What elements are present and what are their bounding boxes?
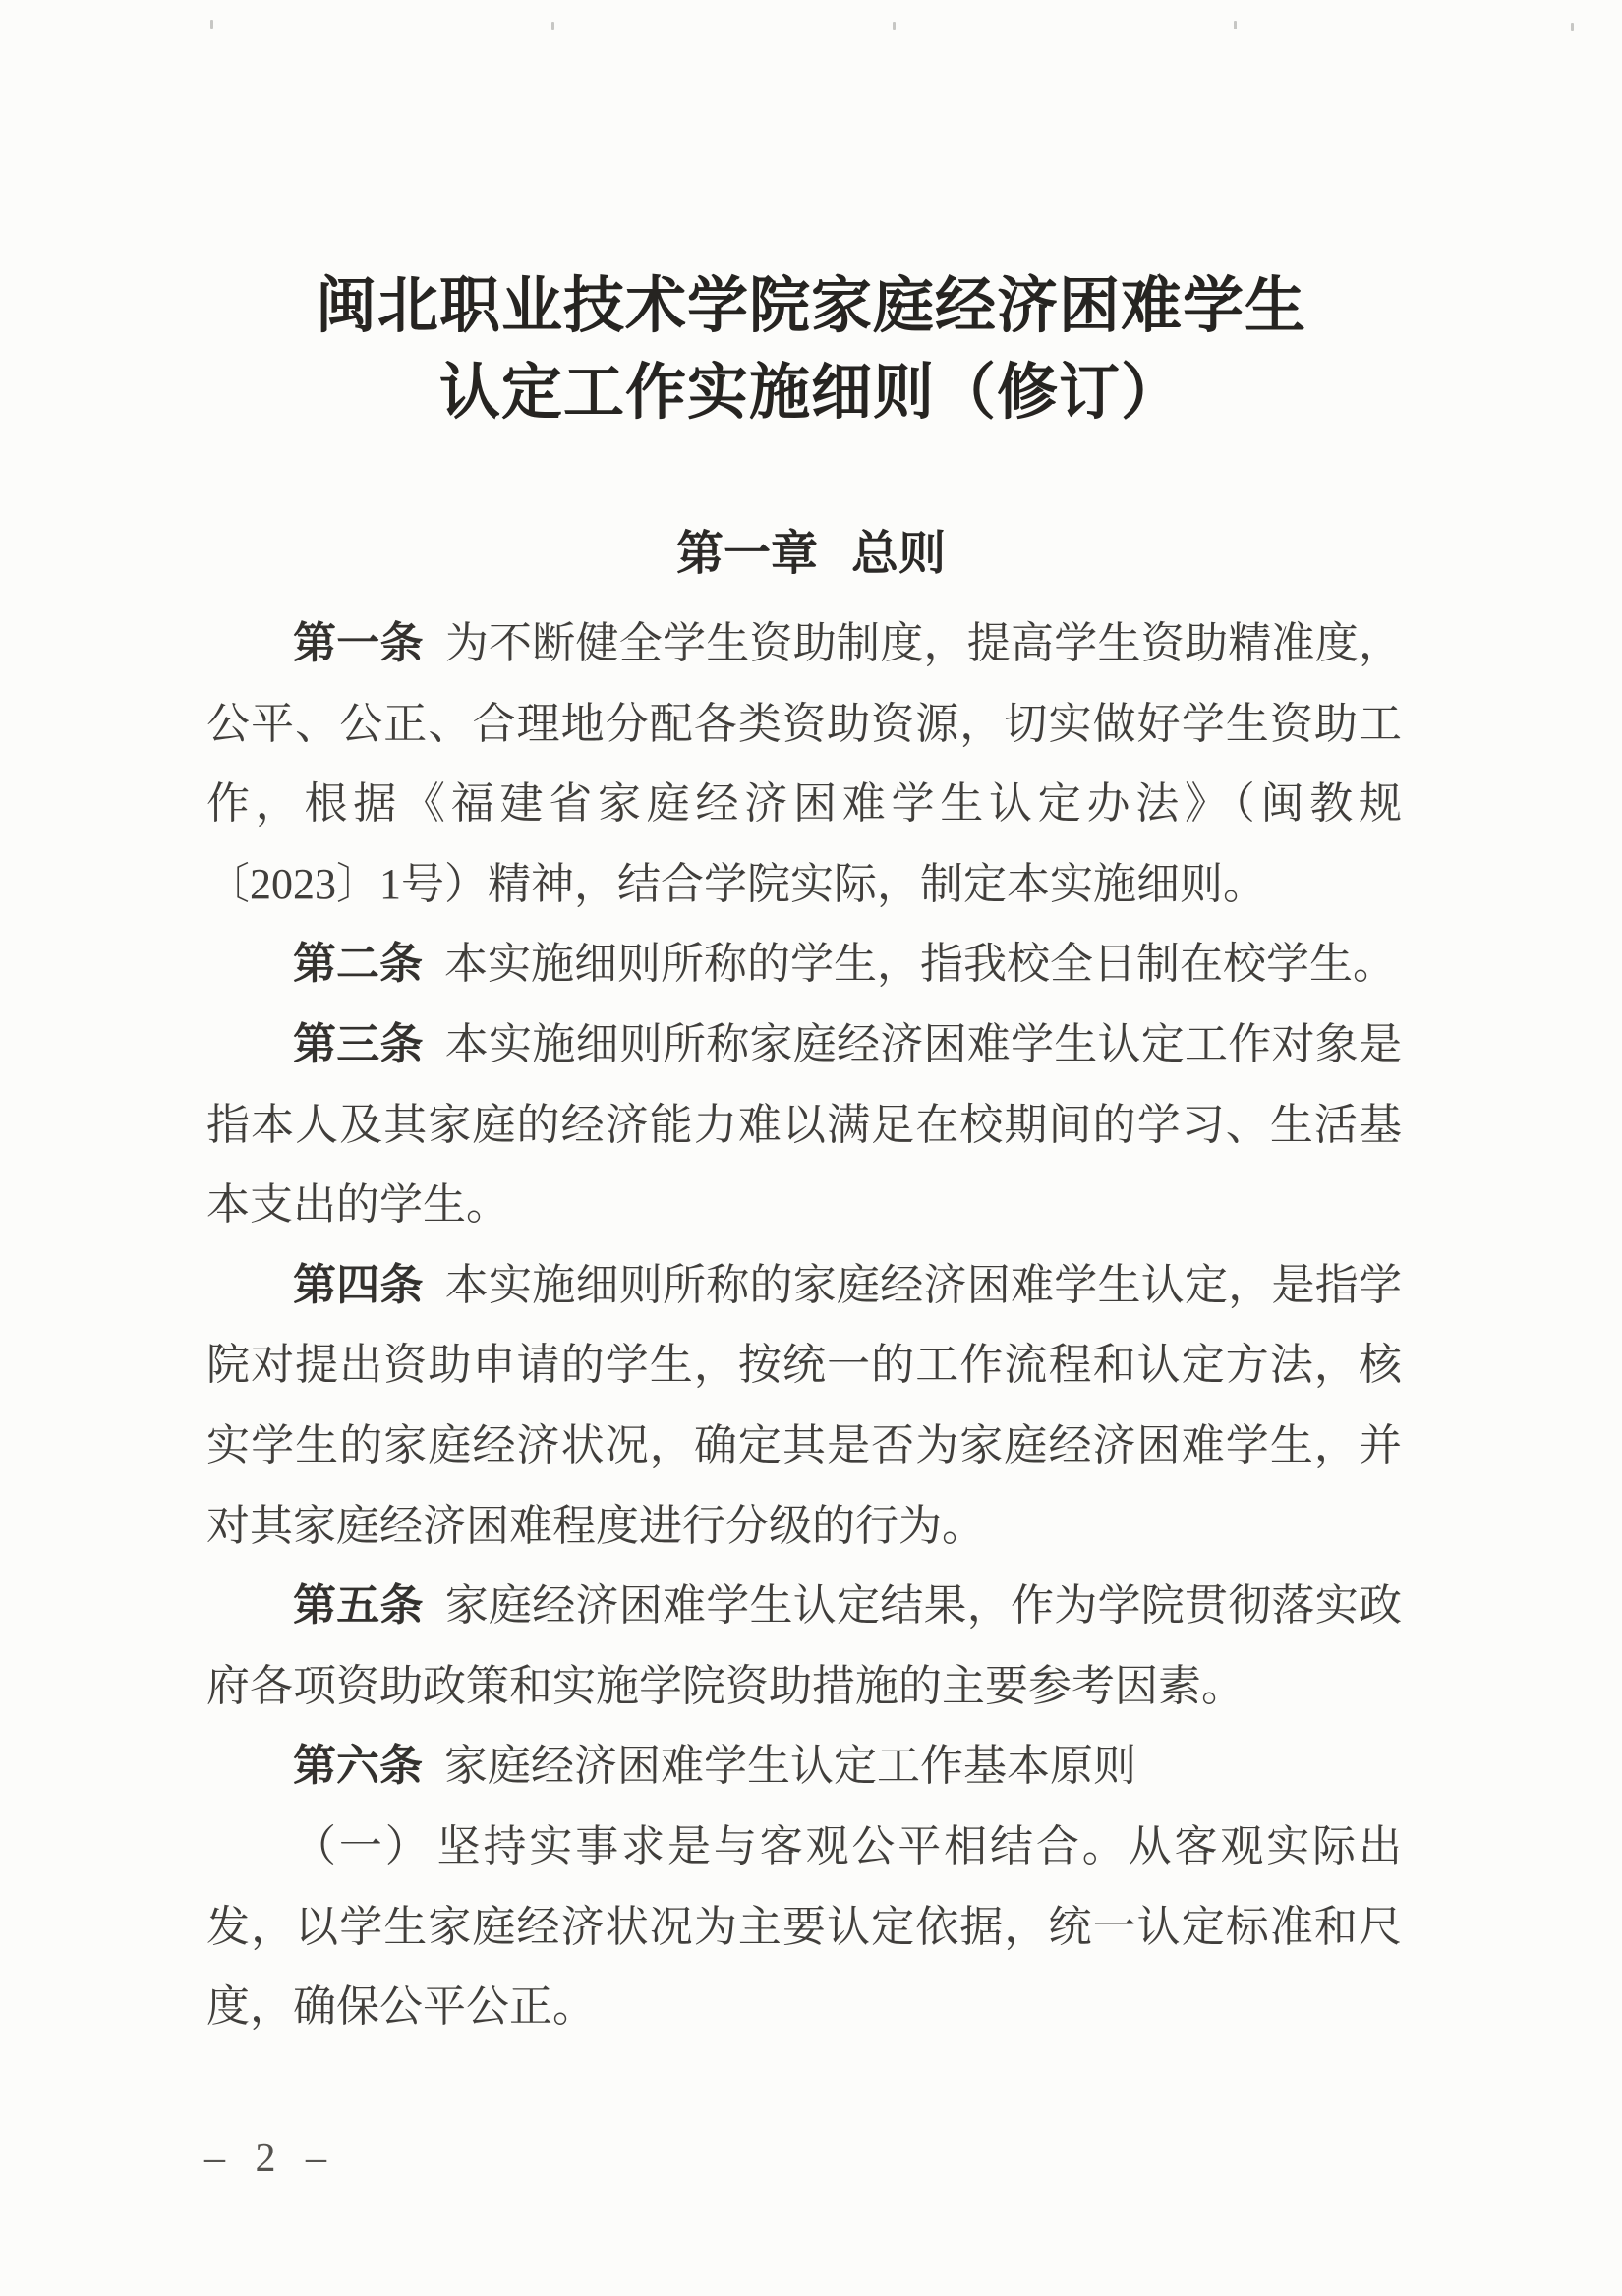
article-label: 第四条 — [293, 1261, 424, 1309]
article-label: 第一条 — [293, 619, 424, 667]
page-number: – 2 – — [204, 2137, 336, 2180]
scan-speck — [1234, 21, 1237, 29]
article-paragraph: 第四条本实施细则所称的家庭经济困难学生认定，是指学院对提出资助申请的学生，按统一… — [206, 1245, 1402, 1566]
article-label: 第三条 — [293, 1020, 424, 1068]
scan-speck — [551, 22, 554, 30]
document-title-line2: 认定工作实施细则（修订） — [0, 350, 1622, 436]
chapter-number: 第一章 — [676, 528, 818, 580]
document-title-line1: 闽北职业技术学院家庭经济困难学生 — [0, 263, 1622, 350]
article-label: 第六条 — [293, 1742, 423, 1790]
scan-speck — [893, 22, 896, 30]
article-paragraph: 第五条家庭经济困难学生认定结果，作为学院贯彻落实政府各项资助政策和实施学院资助措… — [206, 1566, 1402, 1726]
article-paragraph: 第二条本实施细则所称的学生，指我校全日制在校学生。 — [206, 924, 1402, 1004]
scan-speck — [210, 20, 213, 29]
article-text: 家庭经济困难学生认定工作基本原则 — [444, 1742, 1136, 1790]
document-body: 第一条为不断健全学生资助制度，提高学生资助精准度，公平、公正、合理地分配各类资助… — [206, 603, 1402, 2047]
document-title: 闽北职业技术学院家庭经济困难学生 认定工作实施细则（修订） — [0, 263, 1622, 436]
chapter-heading: 第一章总则 — [0, 525, 1622, 584]
scan-speck — [1571, 23, 1574, 31]
article-label: 第五条 — [293, 1581, 424, 1630]
article-label: （一） — [293, 1822, 432, 1870]
article-paragraph: 第一条为不断健全学生资助制度，提高学生资助精准度，公平、公正、合理地分配各类资助… — [206, 603, 1402, 924]
article-paragraph: 第六条家庭经济困难学生认定工作基本原则 — [206, 1726, 1402, 1807]
article-text: 本实施细则所称的学生，指我校全日制在校学生。 — [444, 940, 1396, 988]
document-page: 闽北职业技术学院家庭经济困难学生 认定工作实施细则（修订） 第一章总则 第一条为… — [0, 0, 1622, 2296]
article-paragraph: （一）坚持实事求是与客观公平相结合。从客观实际出发，以学生家庭经济状况为主要认定… — [206, 1807, 1402, 2047]
article-paragraph: 第三条本实施细则所称家庭经济困难学生认定工作对象是指本人及其家庭的经济能力难以满… — [206, 1004, 1402, 1245]
chapter-title: 总则 — [851, 528, 946, 580]
article-label: 第二条 — [293, 940, 423, 988]
